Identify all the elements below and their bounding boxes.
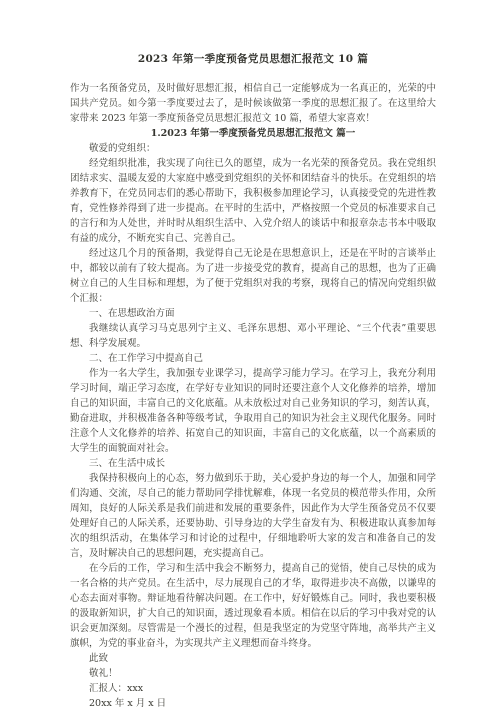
intro-paragraph: 作为一名预备党员，及时做好思想汇报，相信自己一定能够成为一名真正的，光荣的中国共… — [70, 81, 436, 126]
paragraph: 三、在生活中成长 — [70, 456, 436, 471]
paragraph: 我保持积极向上的心态，努力做到乐于助，关心爱护身边的每一个人，加强和同学们沟通、… — [70, 471, 436, 561]
document-body: 敬爱的党组织：经党组织批准，我实现了向往已久的愿望，成为一名光荣的预备党员。我在… — [70, 141, 436, 708]
paragraph: 敬爱的党组织： — [70, 141, 436, 156]
paragraph: 在今后的工作，学习和生活中我会不断努力，提高自己的觉悟，使自己尽快的成为一名合格… — [70, 561, 436, 651]
paragraph: 经过这几个月的预备期，我觉得自己无论是在思想意识上，还是在平时的言谈举止中，都较… — [70, 246, 436, 306]
paragraph: 此致 — [70, 651, 436, 666]
paragraph: 作为一名大学生，我加强专业课学习，提高学习能力学习。在学习上，我充分利用学习时间… — [70, 366, 436, 456]
section-subtitle: 1.2023 年第一季度预备党员思想汇报范文 篇一 — [70, 126, 436, 141]
paragraph: 20xx 年 x 月 x 日 — [70, 696, 436, 708]
paragraph: 二、在工作学习中提高自己 — [70, 351, 436, 366]
paragraph: 我继续认真学习马克思列宁主义、毛泽东思想、邓小平理论、“三个代表”重要思想、科学… — [70, 321, 436, 351]
paragraph: 经党组织批准，我实现了向往已久的愿望，成为一名光荣的预备党员。我在党组织团结求实… — [70, 156, 436, 246]
document-page: 2023 年第一季度预备党员思想汇报范文 10 篇 作为一名预备党员，及时做好思… — [0, 0, 500, 708]
document-title: 2023 年第一季度预备党员思想汇报范文 10 篇 — [70, 52, 436, 67]
paragraph: 一、在思想政治方面 — [70, 306, 436, 321]
paragraph: 汇报人：xxx — [70, 681, 436, 696]
paragraph: 敬礼！ — [70, 666, 436, 681]
